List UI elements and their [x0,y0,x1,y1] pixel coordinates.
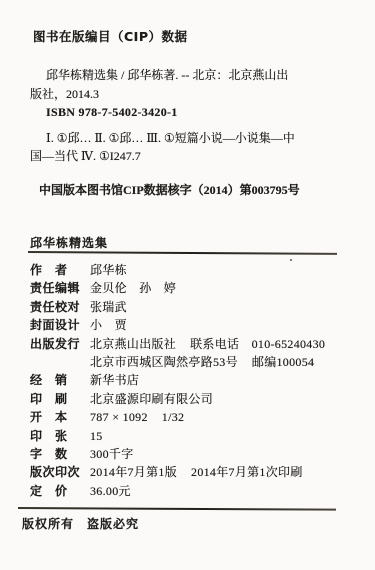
colophon-row-address: 北京市西城区陶然亭路53号邮编100054 [30,353,360,371]
colophon-label: 封面设计 [30,316,90,334]
colophon-row-price: 定 价36.00元 [30,482,360,500]
colophon-label: 印 张 [30,427,90,445]
colophon-value: 36.00元 [90,484,131,498]
colophon-row-printer: 印 刷北京盛源印刷有限公司 [30,390,360,408]
colophon-row-author: 作 者邱华栋 [30,261,360,279]
colophon-row-cover-design: 封面设计小 贾 [30,316,360,334]
colophon-row-edition: 版次印次2014年7月第1版2014年7月第1次印刷 [30,463,360,481]
colophon-value: 张瑞武 [90,300,127,314]
copyright-notice: 版权所有 盗版必究 [22,515,139,533]
colophon-value: 15 [90,429,103,443]
colophon-value: 新华书店 [90,373,139,387]
colophon-label: 字 数 [30,445,90,463]
cip-header: 图书在版编目（CIP）数据 [33,28,188,46]
colophon-value: 金贝伦 孙 婷 [90,281,176,295]
divider-rule-bottom [18,507,336,511]
cip-classification-line2: 国—当代 Ⅳ. ①I247.7 [30,148,345,166]
cip-description: 邱华栋精选集 / 邱华栋著. -- 北京：北京燕山出 版社，2014.3 [30,66,345,103]
colophon-label: 定 价 [30,482,90,500]
colophon-label: 印 刷 [30,390,90,408]
colophon-table: 作 者邱华栋 责任编辑金贝伦 孙 婷 责任校对张瑞武 封面设计小 贾 出版发行北… [30,261,360,500]
colophon-value-right: 邮编100054 [252,355,314,369]
colophon-row-publisher: 出版发行北京燕山出版社联系电话 010-65240430 [30,335,360,353]
colophon-value-right: 1/32 [162,410,185,424]
colophon-label: 责任编辑 [30,279,90,297]
colophon-row-word-count: 字 数300千字 [30,445,360,463]
colophon-label: 经 销 [30,371,90,389]
colophon-row-format: 开 本787 × 10921/32 [30,408,360,426]
colophon-value-right: 2014年7月第1次印刷 [191,465,303,479]
colophon-value: 300千字 [90,447,134,461]
colophon-value: 北京市西城区陶然亭路53号 [90,355,238,369]
cip-description-line2: 版社，2014.3 [30,85,345,104]
copyright-page: 图书在版编目（CIP）数据 邱华栋精选集 / 邱华栋著. -- 北京：北京燕山出… [0,0,375,570]
cip-record-number: 中国版本图书馆CIP数据核字（2014）第003795号 [30,181,360,199]
cip-description-line1: 邱华栋精选集 / 邱华栋著. -- 北京：北京燕山出 [30,66,345,85]
colophon-label: 出版发行 [30,335,90,353]
colophon-value: 邱华栋 [90,263,127,277]
colophon-value: 北京盛源印刷有限公司 [90,392,213,406]
cip-classification-line1: Ⅰ. ①邱… Ⅱ. ①邱… Ⅲ. ①短篇小说—小说集—中 [30,130,345,148]
divider-rule-top [28,251,337,255]
book-title: 邱华栋精选集 [30,234,108,252]
colophon-value: 787 × 1092 [90,410,148,424]
colophon-label: 作 者 [30,261,90,279]
colophon-row-distributor: 经 销新华书店 [30,371,360,389]
cip-classification: Ⅰ. ①邱… Ⅱ. ①邱… Ⅲ. ①短篇小说—小说集—中 国—当代 Ⅳ. ①I2… [30,130,345,165]
colophon-row-sheets: 印 张15 [30,427,360,445]
colophon-label: 版次印次 [30,463,90,481]
colophon-row-proofreader: 责任校对张瑞武 [30,298,360,316]
colophon-row-editor: 责任编辑金贝伦 孙 婷 [30,279,360,297]
colophon-label: 责任校对 [30,298,90,316]
colophon-value: 北京燕山出版社 [90,337,176,351]
colophon-value: 小 贾 [90,318,127,332]
colophon-value: 2014年7月第1版 [90,465,177,479]
colophon-label: 开 本 [30,408,90,426]
colophon-value-right: 联系电话 010-65240430 [190,337,325,351]
isbn-line: ISBN 978-7-5402-3420-1 [30,103,345,121]
